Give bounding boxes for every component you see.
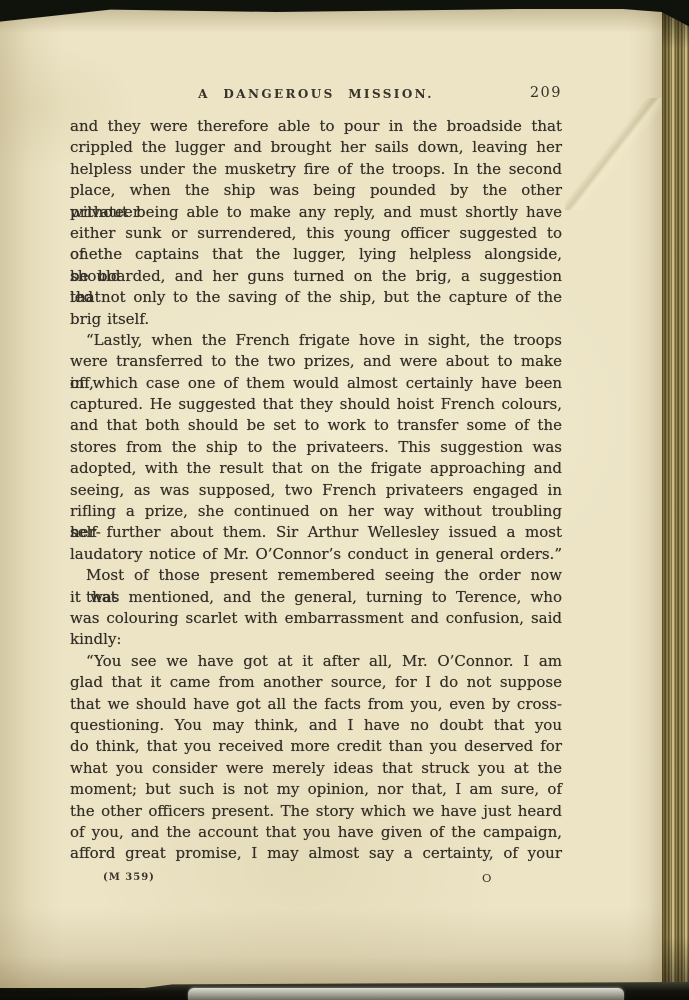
page-number: 209: [530, 85, 562, 101]
text-line: seeing, as was supposed, two French priv…: [70, 480, 562, 501]
book-fore-edge-pages: [659, 4, 689, 996]
page-footer: (M 359) O: [70, 869, 562, 891]
text-line: kindly:: [70, 629, 562, 650]
text-line: were transferred to the two prizes, and …: [70, 351, 562, 372]
text-line: of the captains that the lugger, lying h…: [70, 244, 562, 265]
text-line: do think, that you received more credit …: [70, 736, 562, 757]
running-title: A DANGEROUS MISSION.: [70, 87, 562, 101]
text-line: and they were therefore able to pour in …: [70, 116, 562, 137]
paragraph: Most of those present remembered seeing …: [70, 565, 562, 651]
paragraph: “You see we have got at it after all, Mr…: [70, 651, 562, 865]
scanned-book-page: A DANGEROUS MISSION. 209 and they were t…: [0, 0, 689, 1000]
text-line: place, when the ship was being pounded b…: [70, 180, 562, 201]
body-text: and they were therefore able to pour in …: [70, 116, 562, 865]
text-line: afford great promise, I may almost say a…: [70, 843, 562, 864]
text-line: that we should have got all the facts fr…: [70, 694, 562, 715]
text-line: moment; but such is not my opinion, nor …: [70, 779, 562, 800]
signature-mark: O: [482, 871, 491, 885]
text-line: crippled the lugger and brought her sail…: [70, 137, 562, 158]
text-line: and that both should be set to work to t…: [70, 415, 562, 436]
text-line: was colouring scarlet with embarrassment…: [70, 608, 562, 629]
text-line: “Lastly, when the French frigate hove in…: [70, 330, 562, 351]
page-header: A DANGEROUS MISSION. 209: [70, 87, 562, 101]
text-line: Most of those present remembered seeing …: [70, 565, 562, 586]
text-line: the other officers present. The story wh…: [70, 801, 562, 822]
text-line: laudatory notice of Mr. O’Connor’s condu…: [70, 544, 562, 565]
text-line: captured. He suggested that they should …: [70, 394, 562, 415]
text-line: led not only to the saving of the ship, …: [70, 287, 562, 308]
text-line: be boarded, and her guns turned on the b…: [70, 266, 562, 287]
text-line: in which case one of them would almost c…: [70, 373, 562, 394]
text-line: without being able to make any reply, an…: [70, 202, 562, 223]
book-stand-edge: [188, 988, 624, 1000]
text-line: helpless under the musketry fire of the …: [70, 159, 562, 180]
text-line: what you consider were merely ideas that…: [70, 758, 562, 779]
text-line: it was mentioned, and the general, turni…: [70, 587, 562, 608]
text-line: stores from the ship to the privateers. …: [70, 437, 562, 458]
text-line: self further about them. Sir Arthur Well…: [70, 522, 562, 543]
text-line: “You see we have got at it after all, Mr…: [70, 651, 562, 672]
text-line: brig itself.: [70, 309, 562, 330]
paragraph: “Lastly, when the French frigate hove in…: [70, 330, 562, 565]
text-line: glad that it came from another source, f…: [70, 672, 562, 693]
text-line: rifling a prize, she continued on her wa…: [70, 501, 562, 522]
printers-mark: (M 359): [103, 872, 155, 883]
text-line: either sunk or surrendered, this young o…: [70, 223, 562, 244]
paragraph: and they were therefore able to pour in …: [70, 116, 562, 330]
text-line: adopted, with the result that on the fri…: [70, 458, 562, 479]
text-line: of you, and the account that you have gi…: [70, 822, 562, 843]
text-line: questioning. You may think, and I have n…: [70, 715, 562, 736]
